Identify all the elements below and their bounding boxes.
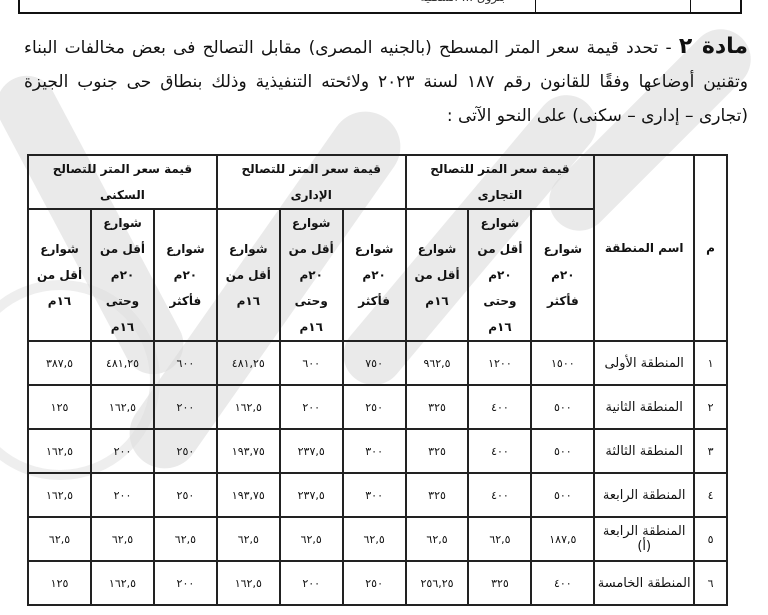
- table-row: ٤ المنطقة الرابعة ٥٠٠ ٤٠٠ ٣٢٥ ٣٠٠ ٢٣٧,٥ …: [28, 473, 727, 517]
- subheader-narrow-streets: شوارع أقل من ١٦م: [217, 209, 280, 341]
- cell-value: ٤٠٠: [468, 385, 531, 429]
- cell-value: ٢٥٠: [343, 561, 406, 605]
- zone-name: المنطقة الخامسة: [594, 561, 694, 605]
- cell-value: ٢٥٦,٢٥: [406, 561, 469, 605]
- cell-value: ٢٣٧,٥: [280, 473, 343, 517]
- cell-value: ٤٨١,٢٥: [217, 341, 280, 385]
- cell-value: ١٢٥: [28, 561, 91, 605]
- table-row: ١ المنطقة الأولى ١٥٠٠ ١٢٠٠ ٩٦٢,٥ ٧٥٠ ٦٠٠…: [28, 341, 727, 385]
- header-commercial: قيمة سعر المتر للتصالح التجارى: [406, 155, 595, 209]
- subheader-medium-streets: شوارع أقل من ٢٠م وحتى ١٦م: [280, 209, 343, 341]
- cell-value: ١٦٢,٥: [217, 385, 280, 429]
- cell-value: ٤٠٠: [468, 429, 531, 473]
- article-text: - تحدد قيمة سعر المتر المسطح (بالجنيه ال…: [24, 38, 748, 126]
- cell-value: ٢٥٠: [154, 429, 217, 473]
- cell-value: ٦٢,٥: [468, 517, 531, 561]
- subheader-narrow-streets: شوارع أقل من ١٦م: [406, 209, 469, 341]
- table-header-row: م اسم المنطقة قيمة سعر المتر للتصالح الت…: [28, 155, 727, 209]
- subheader-medium-streets: شوارع أقل من ٢٠م وحتى ١٦م: [468, 209, 531, 341]
- table-row: ٣ المنطقة الثالثة ٥٠٠ ٤٠٠ ٣٢٥ ٣٠٠ ٢٣٧,٥ …: [28, 429, 727, 473]
- previous-table-text: بنزول ... السكنية: [420, 0, 505, 4]
- cell-value: ٣٠٠: [343, 429, 406, 473]
- cell-value: ٥٠٠: [531, 385, 594, 429]
- row-index: ١: [694, 341, 727, 385]
- cell-value: ١٥٠٠: [531, 341, 594, 385]
- cell-value: ٤٠٠: [468, 473, 531, 517]
- table-row: ٥ المنطقة الرابعة (أ) ١٨٧,٥ ٦٢,٥ ٦٢,٥ ٦٢…: [28, 517, 727, 561]
- cell-value: ٣٢٥: [406, 429, 469, 473]
- zone-name: المنطقة الأولى: [594, 341, 694, 385]
- header-administrative: قيمة سعر المتر للتصالح الإدارى: [217, 155, 406, 209]
- cell-value: ٣٢٥: [468, 561, 531, 605]
- cell-value: ١٩٣,٧٥: [217, 473, 280, 517]
- row-index: ٣: [694, 429, 727, 473]
- cell-value: ١٦٢,٥: [217, 561, 280, 605]
- subheader-wide-streets: شوارع ٢٠م فأكثر: [154, 209, 217, 341]
- header-index: م: [694, 155, 727, 341]
- header-zone-name: اسم المنطقة: [594, 155, 694, 341]
- cell-value: ٦٢,٥: [154, 517, 217, 561]
- table-divider: [535, 0, 536, 12]
- header-residential: قيمة سعر المتر للتصالح السكنى: [28, 155, 217, 209]
- cell-value: ٣٢٥: [406, 473, 469, 517]
- table-row: ٦ المنطقة الخامسة ٤٠٠ ٣٢٥ ٢٥٦,٢٥ ٢٥٠ ٢٠٠…: [28, 561, 727, 605]
- subheader-narrow-streets: شوارع أقل من ١٦م: [28, 209, 91, 341]
- row-index: ٥: [694, 517, 727, 561]
- cell-value: ١٦٢,٥: [91, 561, 154, 605]
- zone-name: المنطقة الرابعة (أ): [594, 517, 694, 561]
- previous-table-fragment: بنزول ... السكنية: [18, 0, 742, 14]
- cell-value: ٤٠٠: [531, 561, 594, 605]
- cell-value: ٦٠٠: [280, 341, 343, 385]
- cell-value: ٢٠٠: [91, 473, 154, 517]
- price-rates-table: م اسم المنطقة قيمة سعر المتر للتصالح الت…: [27, 154, 728, 606]
- cell-value: ٧٥٠: [343, 341, 406, 385]
- cell-value: ٢٠٠: [154, 385, 217, 429]
- cell-value: ٢٠٠: [91, 429, 154, 473]
- cell-value: ٦٢,٥: [217, 517, 280, 561]
- cell-value: ٤٨١,٢٥: [91, 341, 154, 385]
- zone-name: المنطقة الثانية: [594, 385, 694, 429]
- row-index: ٤: [694, 473, 727, 517]
- cell-value: ١٦٢,٥: [28, 429, 91, 473]
- cell-value: ٢٣٧,٥: [280, 429, 343, 473]
- cell-value: ٦٠٠: [154, 341, 217, 385]
- cell-value: ٦٢,٥: [91, 517, 154, 561]
- cell-value: ٩٦٢,٥: [406, 341, 469, 385]
- cell-value: ١٩٣,٧٥: [217, 429, 280, 473]
- cell-value: ٦٢,٥: [406, 517, 469, 561]
- cell-value: ٥٠٠: [531, 473, 594, 517]
- row-index: ٦: [694, 561, 727, 605]
- row-index: ٢: [694, 385, 727, 429]
- cell-value: ١٢٥: [28, 385, 91, 429]
- cell-value: ٦٢,٥: [280, 517, 343, 561]
- table-divider: [690, 0, 691, 12]
- subheader-medium-streets: شوارع أقل من ٢٠م وحتى ١٦م: [91, 209, 154, 341]
- subheader-wide-streets: شوارع ٢٠م فأكثر: [531, 209, 594, 341]
- cell-value: ٣٢٥: [406, 385, 469, 429]
- cell-value: ١٦٢,٥: [91, 385, 154, 429]
- table-row: ٢ المنطقة الثانية ٥٠٠ ٤٠٠ ٣٢٥ ٢٥٠ ٢٠٠ ١٦…: [28, 385, 727, 429]
- cell-value: ١٨٧,٥: [531, 517, 594, 561]
- cell-value: ١٦٢,٥: [28, 473, 91, 517]
- cell-value: ٦٢,٥: [28, 517, 91, 561]
- cell-value: ٥٠٠: [531, 429, 594, 473]
- cell-value: ٦٢,٥: [343, 517, 406, 561]
- cell-value: ٢٥٠: [154, 473, 217, 517]
- cell-value: ٢٥٠: [343, 385, 406, 429]
- cell-value: ٣٨٧,٥: [28, 341, 91, 385]
- article-paragraph: مادة ٢ - تحدد قيمة سعر المتر المسطح (بال…: [24, 30, 748, 133]
- subheader-wide-streets: شوارع ٢٠م فأكثر: [343, 209, 406, 341]
- cell-value: ٣٠٠: [343, 473, 406, 517]
- cell-value: ٢٠٠: [280, 385, 343, 429]
- article-label: مادة ٢: [679, 34, 748, 59]
- cell-value: ١٢٠٠: [468, 341, 531, 385]
- cell-value: ٢٠٠: [154, 561, 217, 605]
- cell-value: ٢٠٠: [280, 561, 343, 605]
- zone-name: المنطقة الرابعة: [594, 473, 694, 517]
- zone-name: المنطقة الثالثة: [594, 429, 694, 473]
